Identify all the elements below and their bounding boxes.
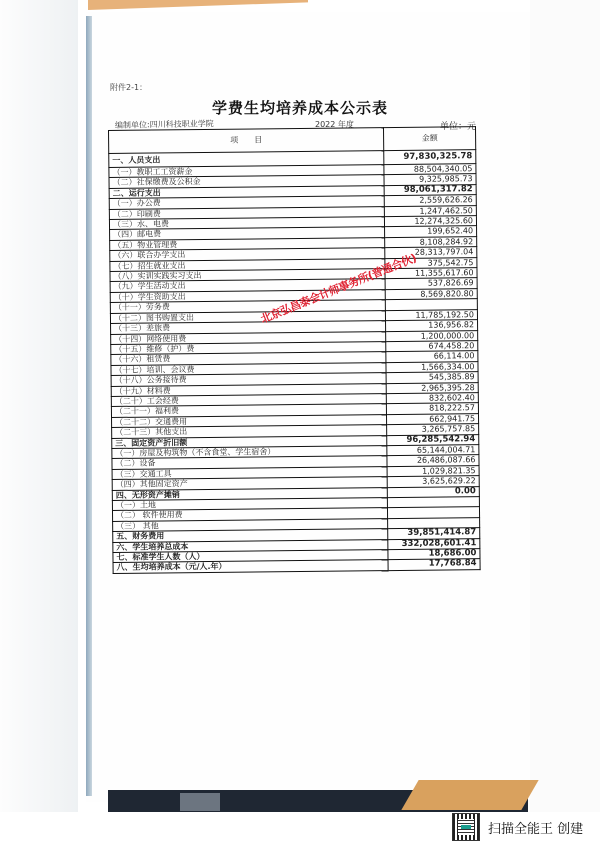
row-amount: 17,768.84 bbox=[388, 559, 480, 570]
attachment-label: 附件2-1： bbox=[110, 82, 147, 93]
row-amount: 537,826.69 bbox=[385, 278, 477, 289]
row-amount: 65,144,004.71 bbox=[387, 445, 479, 456]
row-amount: 1,029,821.35 bbox=[387, 465, 479, 476]
document-title: 学费生均培养成本公示表 bbox=[0, 97, 600, 118]
row-amount: 199,652.40 bbox=[385, 226, 477, 237]
row-amount: 12,274,325.60 bbox=[385, 216, 477, 227]
row-amount: 818,222.57 bbox=[387, 403, 479, 414]
qr-code-icon bbox=[452, 813, 480, 841]
watermark-text: 扫描全能王 创建 bbox=[488, 818, 583, 837]
row-item: 八、生均培养成本（元/人.年） bbox=[113, 560, 388, 573]
background-bottom-highlight bbox=[180, 793, 220, 811]
row-amount: 1,200,000.00 bbox=[386, 330, 478, 341]
row-amount: 8,108,284.92 bbox=[385, 236, 477, 247]
header-item: 项 目 bbox=[109, 128, 384, 154]
row-amount: 1,566,334.00 bbox=[386, 361, 478, 372]
row-amount: 545,385.89 bbox=[386, 372, 478, 383]
row-amount: 2,559,626.26 bbox=[384, 195, 476, 206]
row-amount: 96,285,542.94 bbox=[387, 434, 479, 445]
row-amount: 832,602.40 bbox=[386, 393, 478, 404]
row-amount: 2,965,395.28 bbox=[386, 382, 478, 393]
row-amount: 66,114.00 bbox=[386, 351, 478, 362]
row-amount: 136,956.82 bbox=[386, 320, 478, 331]
header-amount: 金额 bbox=[384, 127, 476, 151]
row-amount: 1,247,462.50 bbox=[384, 205, 476, 216]
scanner-watermark: 扫描全能王 创建 bbox=[452, 813, 583, 841]
wood-surface-top bbox=[88, 0, 308, 10]
background-right bbox=[530, 0, 600, 812]
cost-table: 项 目 金额 一、人员支出97,830,325.78（一）教职工工资薪金88,5… bbox=[108, 126, 481, 574]
row-amount: 0.00 bbox=[387, 486, 479, 497]
row-amount: 662,941.75 bbox=[387, 413, 479, 424]
row-amount: 26,486,087.66 bbox=[387, 455, 479, 466]
page-binding-edge bbox=[86, 16, 92, 796]
row-amount: 674,458.20 bbox=[386, 341, 478, 352]
row-amount: 88,504,340.05 bbox=[384, 164, 476, 175]
row-amount: 97,830,325.78 bbox=[384, 150, 476, 165]
row-amount: 8,569,820.80 bbox=[385, 289, 477, 300]
background-left bbox=[0, 0, 78, 812]
row-amount: 98,061,317.82 bbox=[384, 184, 476, 195]
row-amount: 11,785,192.50 bbox=[386, 309, 478, 320]
wood-surface-bottom bbox=[401, 780, 538, 810]
